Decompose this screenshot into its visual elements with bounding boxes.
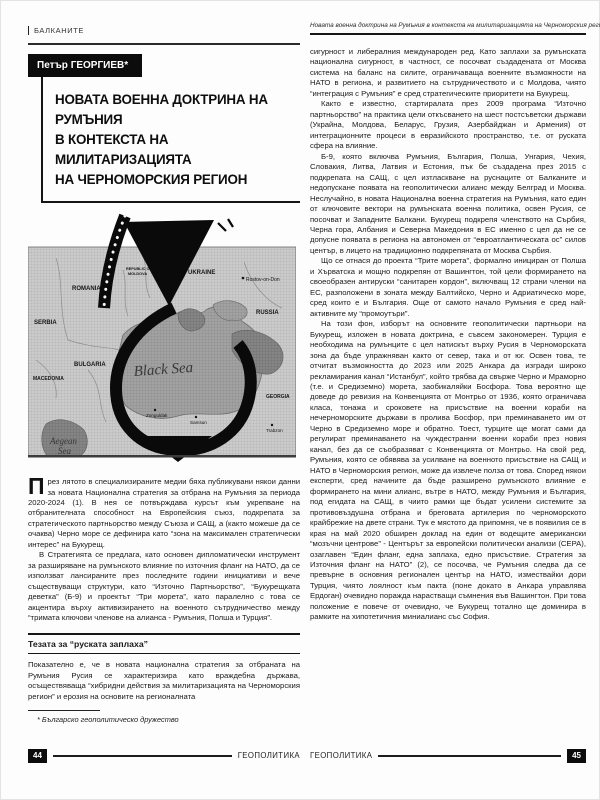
drop-cap: П [28,477,48,495]
map-label-trabzon: Trabzon [266,428,283,433]
paragraph: сигурност и либералния международен ред.… [310,47,586,99]
title-line: НОВАТА ВОЕННА ДОКТРИНА НА РУМЪНИЯ [55,90,300,130]
article-title: НОВАТА ВОЕННА ДОКТРИНА НА РУМЪНИЯ В КОНТ… [55,90,300,191]
left-page: БАЛКАНИТЕ Петър ГЕОРГИЕВ* НОВАТА ВОЕННА … [28,20,300,725]
author-box: Петър ГЕОРГИЕВ* [28,54,142,77]
paragraph: Показателно е, че в новата национална ст… [28,660,300,702]
left-page-footer: 44 ГЕОПОЛИТИКА [28,749,300,763]
paragraph: През лятото в специализираните медии бях… [28,477,300,550]
map-label-zonguldak: Zonguldak [146,413,168,418]
right-page-body: сигурност и либералния международен ред.… [310,47,586,623]
aegean-sea-label-1: Aegean [49,436,77,446]
title-line: НА ЧЕРНОМОРСКИЯ РЕГИОН [55,170,300,190]
magazine-name: ГЕОПОЛИТИКА [238,751,300,760]
paragraph: В Стратегията се предлага, като основен … [28,550,300,623]
page-number-badge: 44 [28,749,47,763]
section-tag: БАЛКАНИТЕ [28,26,84,35]
left-page-body: През лятото в специализираните медии бях… [28,477,300,725]
map-label-moldova-2: MOLDOVA [128,272,147,276]
page-number-badge: 45 [567,749,586,763]
black-sea-map-svg: Black Sea Aegean Sea SERBIA ROMANIA UKRA… [28,210,296,462]
map-label-macedonia: MACEDONIA [33,376,64,382]
map-label-serbia: SERBIA [34,320,57,326]
right-page: Новата военна доктрина на Румъния в конт… [310,20,586,623]
footnote-rule [28,710,100,711]
map-label-romania: ROMANIA [72,286,101,292]
paragraph: Б-9, която включва Румъния, България, По… [310,152,586,257]
map-bottom-edge [28,455,296,458]
magazine-name: ГЕОПОЛИТИКА [310,751,372,760]
right-page-footer: ГЕОПОЛИТИКА 45 [310,749,586,763]
section-heading: Тезата за “руската заплаха” [28,633,300,655]
paragraph: На този фон, изборът на основните геопол… [310,319,586,623]
aegean-sea-label-2: Sea [58,446,71,456]
map-label-rostov: Rostov-on-Don [246,277,280,283]
footer-rule [53,755,232,757]
journal-spread: БАЛКАНИТЕ Петър ГЕОРГИЕВ* НОВАТА ВОЕННА … [0,0,600,800]
map-label-russia: RUSSIA [256,310,279,316]
map-label-georgia: GEORGIA [266,394,290,400]
black-sea-map: Black Sea Aegean Sea SERBIA ROMANIA UKRA… [28,210,296,462]
map-label-samsun: Samsun [190,420,207,425]
footnote: * Българско геополитическо дружество [28,715,300,725]
article-title-block: НОВАТА ВОЕННА ДОКТРИНА НА РУМЪНИЯ В КОНТ… [41,77,300,204]
running-head: Новата военна доктрина на Румъния в конт… [310,20,586,33]
header-rule [28,43,300,45]
map-label-ukraine: UKRAINE [188,270,215,276]
running-head-rule [310,33,586,35]
title-line: В КОНТЕКСТА НА МИЛИТАРИЗАЦИЯТА [55,130,300,170]
paragraph: Както е известно, стартиралата през 2009… [310,99,586,151]
map-label-bulgaria: BULGARIA [74,362,106,368]
footer-rule [378,755,561,757]
paragraph: Що се отнася до проекта “Трите морета”, … [310,256,586,319]
